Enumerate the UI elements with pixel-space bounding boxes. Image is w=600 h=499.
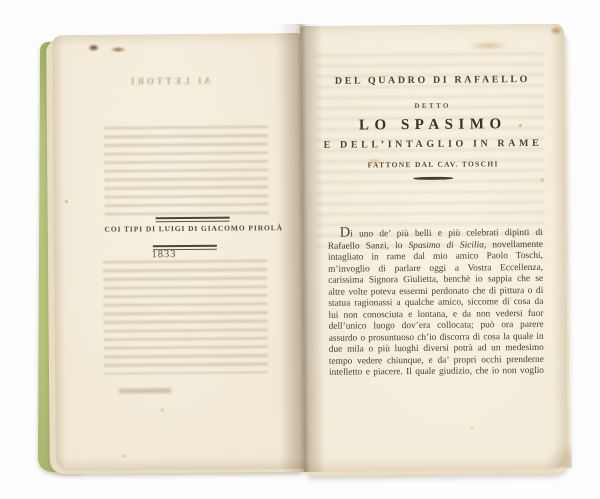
title-line-3: LO SPASIMO	[301, 116, 565, 135]
open-book: AI LETTORI COI TIPI DI LUIGI DI GIACOMO …	[0, 0, 600, 499]
imprint-rule-top	[156, 217, 230, 222]
title-line-4: E DELL’INTAGLIO IN RAME	[301, 138, 565, 151]
right-page: DEL QUADRO DI RAFAELLO DETTO LO SPASIMO …	[300, 24, 568, 472]
body-paragraph: Di uno de’ più belli e più celebrati dip…	[328, 228, 544, 379]
page-corner-shade	[540, 440, 572, 468]
title-ornament-rule	[413, 177, 453, 180]
lead-capital: D	[340, 225, 351, 241]
left-page: AI LETTORI COI TIPI DI LUIGI DI GIACOMO …	[52, 33, 304, 471]
body-text-segment: , novellamente intagliato in rame dal mi…	[328, 239, 544, 377]
gutter-shadow	[278, 24, 326, 472]
showthrough-heading: AI LETTORI	[52, 75, 286, 87]
book-photo: AI LETTORI COI TIPI DI LUIGI DI GIACOMO …	[0, 0, 600, 499]
imprint-text: COI TIPI DI LUIGI DI GIACOMO PIROLÀ	[86, 223, 302, 234]
showthrough-text-block	[103, 259, 268, 374]
showthrough-text-block	[104, 125, 269, 218]
italic-work-title: Spasimo di Sicilia	[409, 240, 484, 251]
title-line-1: DEL QUADRO DI RAFAELLO	[300, 74, 564, 87]
showthrough-signature-mark	[119, 388, 171, 393]
